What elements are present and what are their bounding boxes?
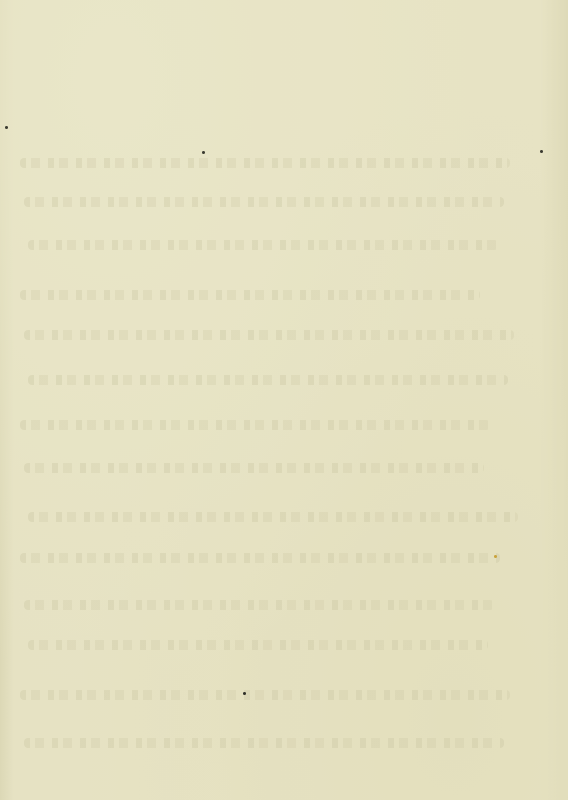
bleed-through-line (24, 600, 494, 610)
paper-speck (540, 150, 543, 153)
bleed-through-line (24, 330, 514, 340)
bleed-through-line (24, 738, 504, 748)
bleed-through-line (20, 290, 480, 300)
bleed-through-line (20, 690, 510, 700)
bleed-through-line (20, 158, 510, 168)
bleed-through-line (24, 463, 484, 473)
paper-speck (5, 126, 8, 129)
bleed-through-line (28, 640, 488, 650)
bleed-through-line (20, 420, 490, 430)
bleed-through-line (28, 375, 508, 385)
bleed-through-line (24, 197, 504, 207)
paper-speck (494, 555, 497, 558)
bleed-through-line (28, 512, 518, 522)
bleed-through-line (20, 553, 500, 563)
paper-speck (243, 692, 246, 695)
paper-speck (202, 151, 205, 154)
bleed-through-line (28, 240, 498, 250)
scanned-page (0, 0, 568, 800)
